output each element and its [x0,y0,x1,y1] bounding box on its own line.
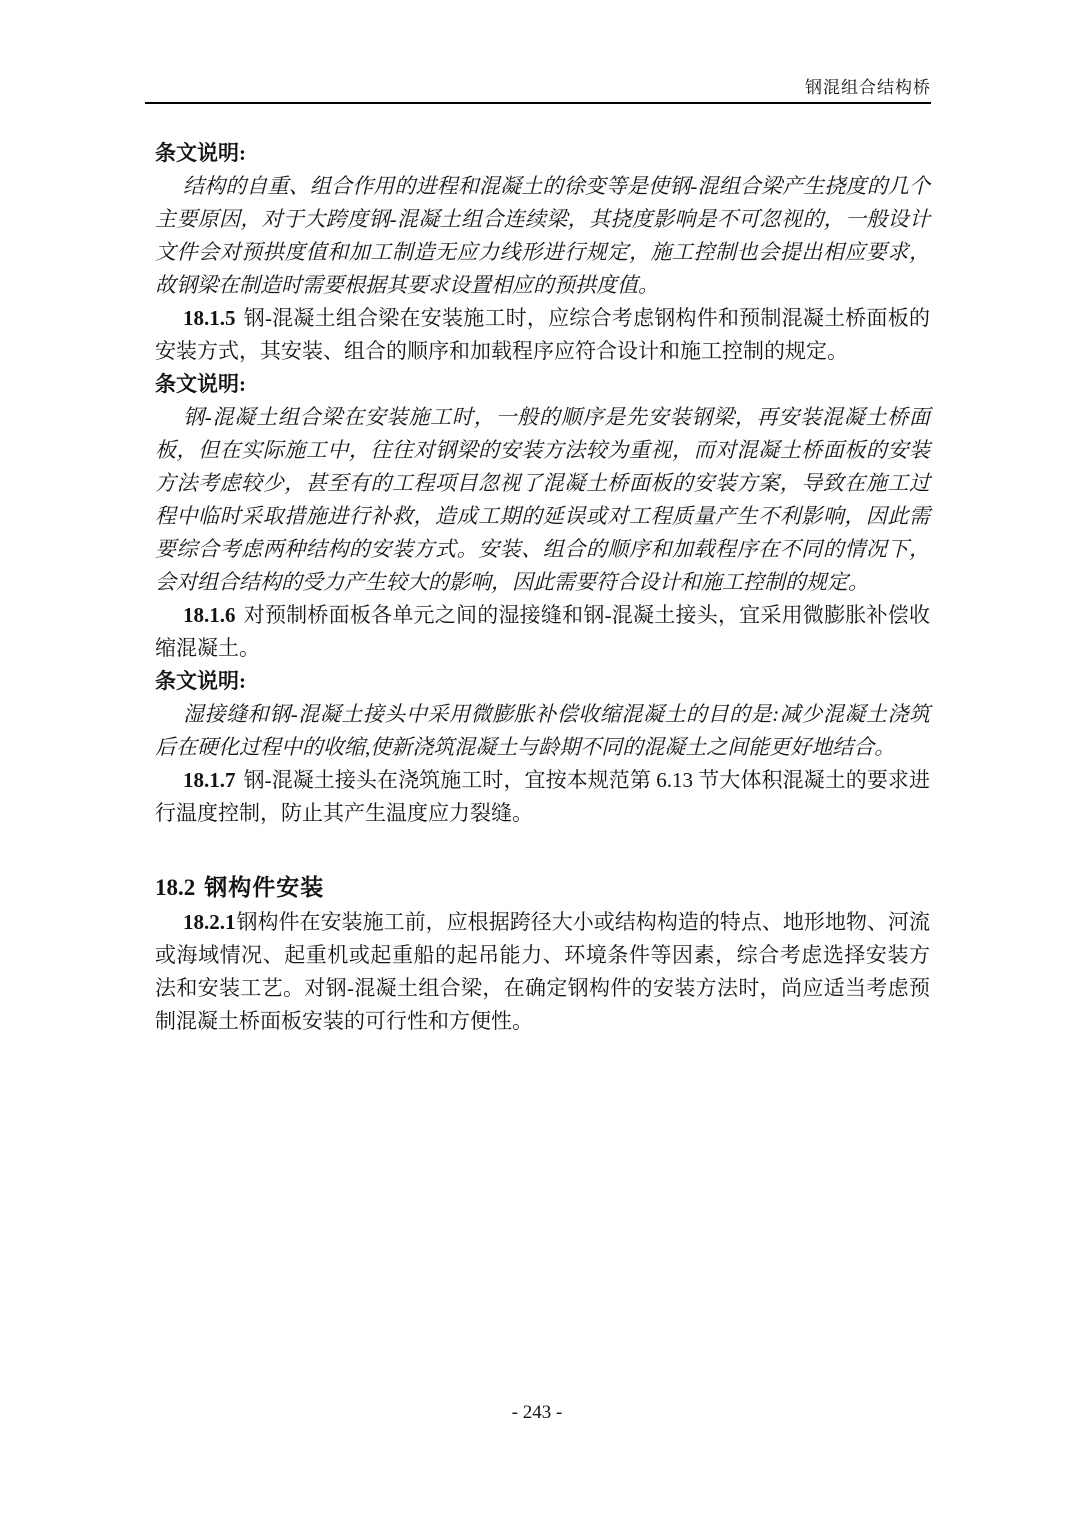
section-number-18-2: 18.2 [155,875,195,900]
clause-number-18-1-5: 18.1.5 [183,306,236,330]
page-number: - 243 - [512,1402,563,1423]
explain-paragraph-2: 钢-混凝土组合梁在安装施工时，一般的顺序是先安装钢梁，再安装混凝土桥面板，但在实… [155,401,930,599]
explain-note-label-2: 条文说明: [155,368,930,401]
clause-text-18-2-1: 钢构件在安装施工前，应根据跨径大小或结构构造的特点、地形地物、河流或海域情况、起… [155,910,930,1033]
section-heading-18-2: 18.2钢构件安装 [155,869,930,906]
clause-text-18-1-7: 钢-混凝土接头在浇筑施工时，宜按本规范第 6.13 节大体积混凝土的要求进行温度… [155,768,930,825]
clause-number-18-1-6: 18.1.6 [183,603,236,627]
clause-text-18-1-6: 对预制桥面板各单元之间的湿接缝和钢-混凝土接头，宜采用微膨胀补偿收缩混凝土。 [155,603,930,660]
explain-note-label-1: 条文说明: [155,137,930,170]
explain-paragraph-1: 结构的自重、组合作用的进程和混凝土的徐变等是使钢-混组合梁产生挠度的几个主要原因… [155,170,930,302]
clause-18-2-1: 18.2.1钢构件在安装施工前，应根据跨径大小或结构构造的特点、地形地物、河流或… [155,906,930,1038]
clause-18-1-7: 18.1.7钢-混凝土接头在浇筑施工时，宜按本规范第 6.13 节大体积混凝土的… [155,764,930,830]
explain-paragraph-3: 湿接缝和钢-混凝土接头中采用微膨胀补偿收缩混凝土的目的是:减少混凝土浇筑后在硬化… [155,698,930,764]
page-header: 钢混组合结构桥 [145,0,931,104]
document-body: 条文说明: 结构的自重、组合作用的进程和混凝土的徐变等是使钢-混组合梁产生挠度的… [155,137,930,1038]
section-title-18-2: 钢构件安装 [204,874,324,900]
clause-text-18-1-5: 钢-混凝土组合梁在安装施工时，应综合考虑钢构件和预制混凝土桥面板的安装方式，其安… [155,306,930,363]
clause-number-18-1-7: 18.1.7 [183,768,236,792]
clause-18-1-6: 18.1.6对预制桥面板各单元之间的湿接缝和钢-混凝土接头，宜采用微膨胀补偿收缩… [155,599,930,665]
clause-18-1-5: 18.1.5钢-混凝土组合梁在安装施工时，应综合考虑钢构件和预制混凝土桥面板的安… [155,302,930,368]
page-footer: - 243 - [0,1402,1074,1424]
explain-note-label-3: 条文说明: [155,665,930,698]
document-page: 钢混组合结构桥 条文说明: 结构的自重、组合作用的进程和混凝土的徐变等是使钢-混… [0,0,1074,1520]
running-title: 钢混组合结构桥 [805,78,931,97]
clause-number-18-2-1: 18.2.1 [183,910,236,934]
